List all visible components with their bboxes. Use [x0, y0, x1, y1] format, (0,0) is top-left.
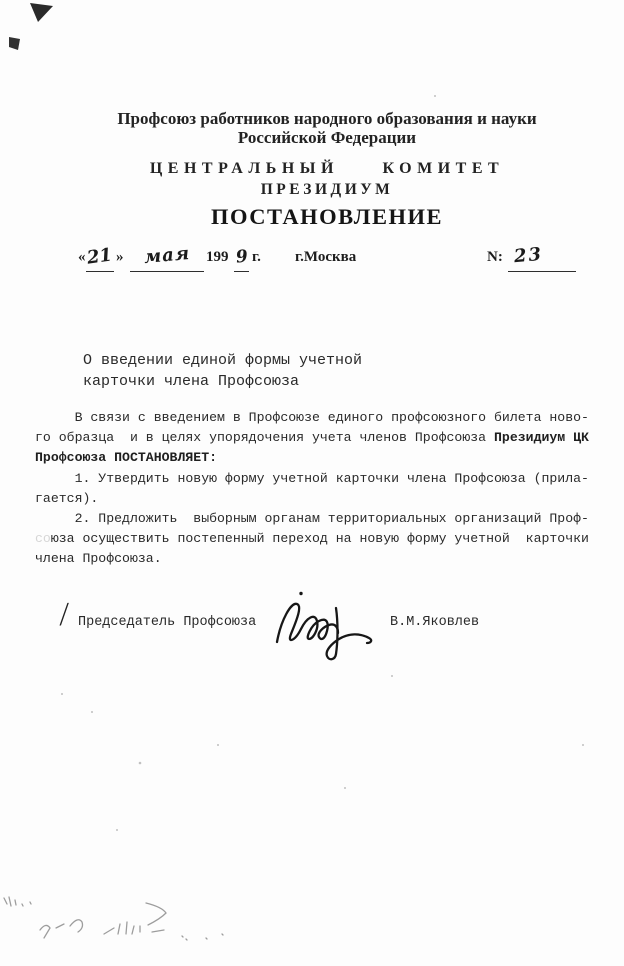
- pencil-scribbles: [4, 897, 223, 940]
- scan-artifacts: [0, 0, 624, 966]
- scan-specks: [61, 95, 584, 831]
- corner-mark-icon: [9, 3, 53, 50]
- scanned-document-page: Профсоюз работников народного образовани…: [0, 0, 624, 966]
